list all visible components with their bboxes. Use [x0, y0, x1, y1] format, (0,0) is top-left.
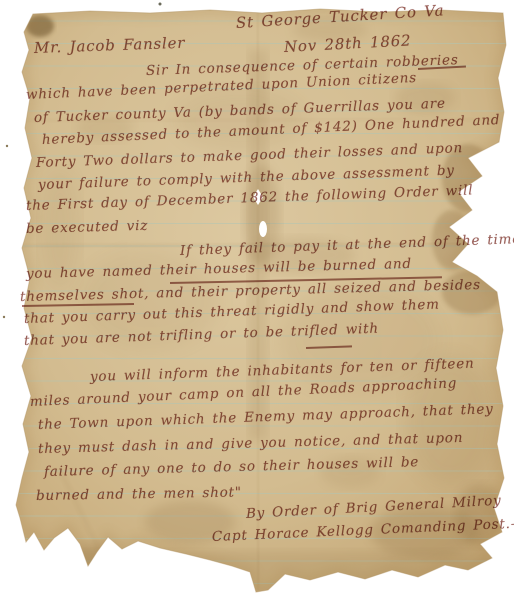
letter-photograph: St George Tucker Co Va Mr. Jacob Fansler… — [0, 0, 514, 600]
dust-speck — [3, 316, 5, 318]
dust-speck — [159, 3, 162, 6]
dust-speck — [6, 145, 8, 147]
body-line: be executed viz — [26, 218, 149, 237]
